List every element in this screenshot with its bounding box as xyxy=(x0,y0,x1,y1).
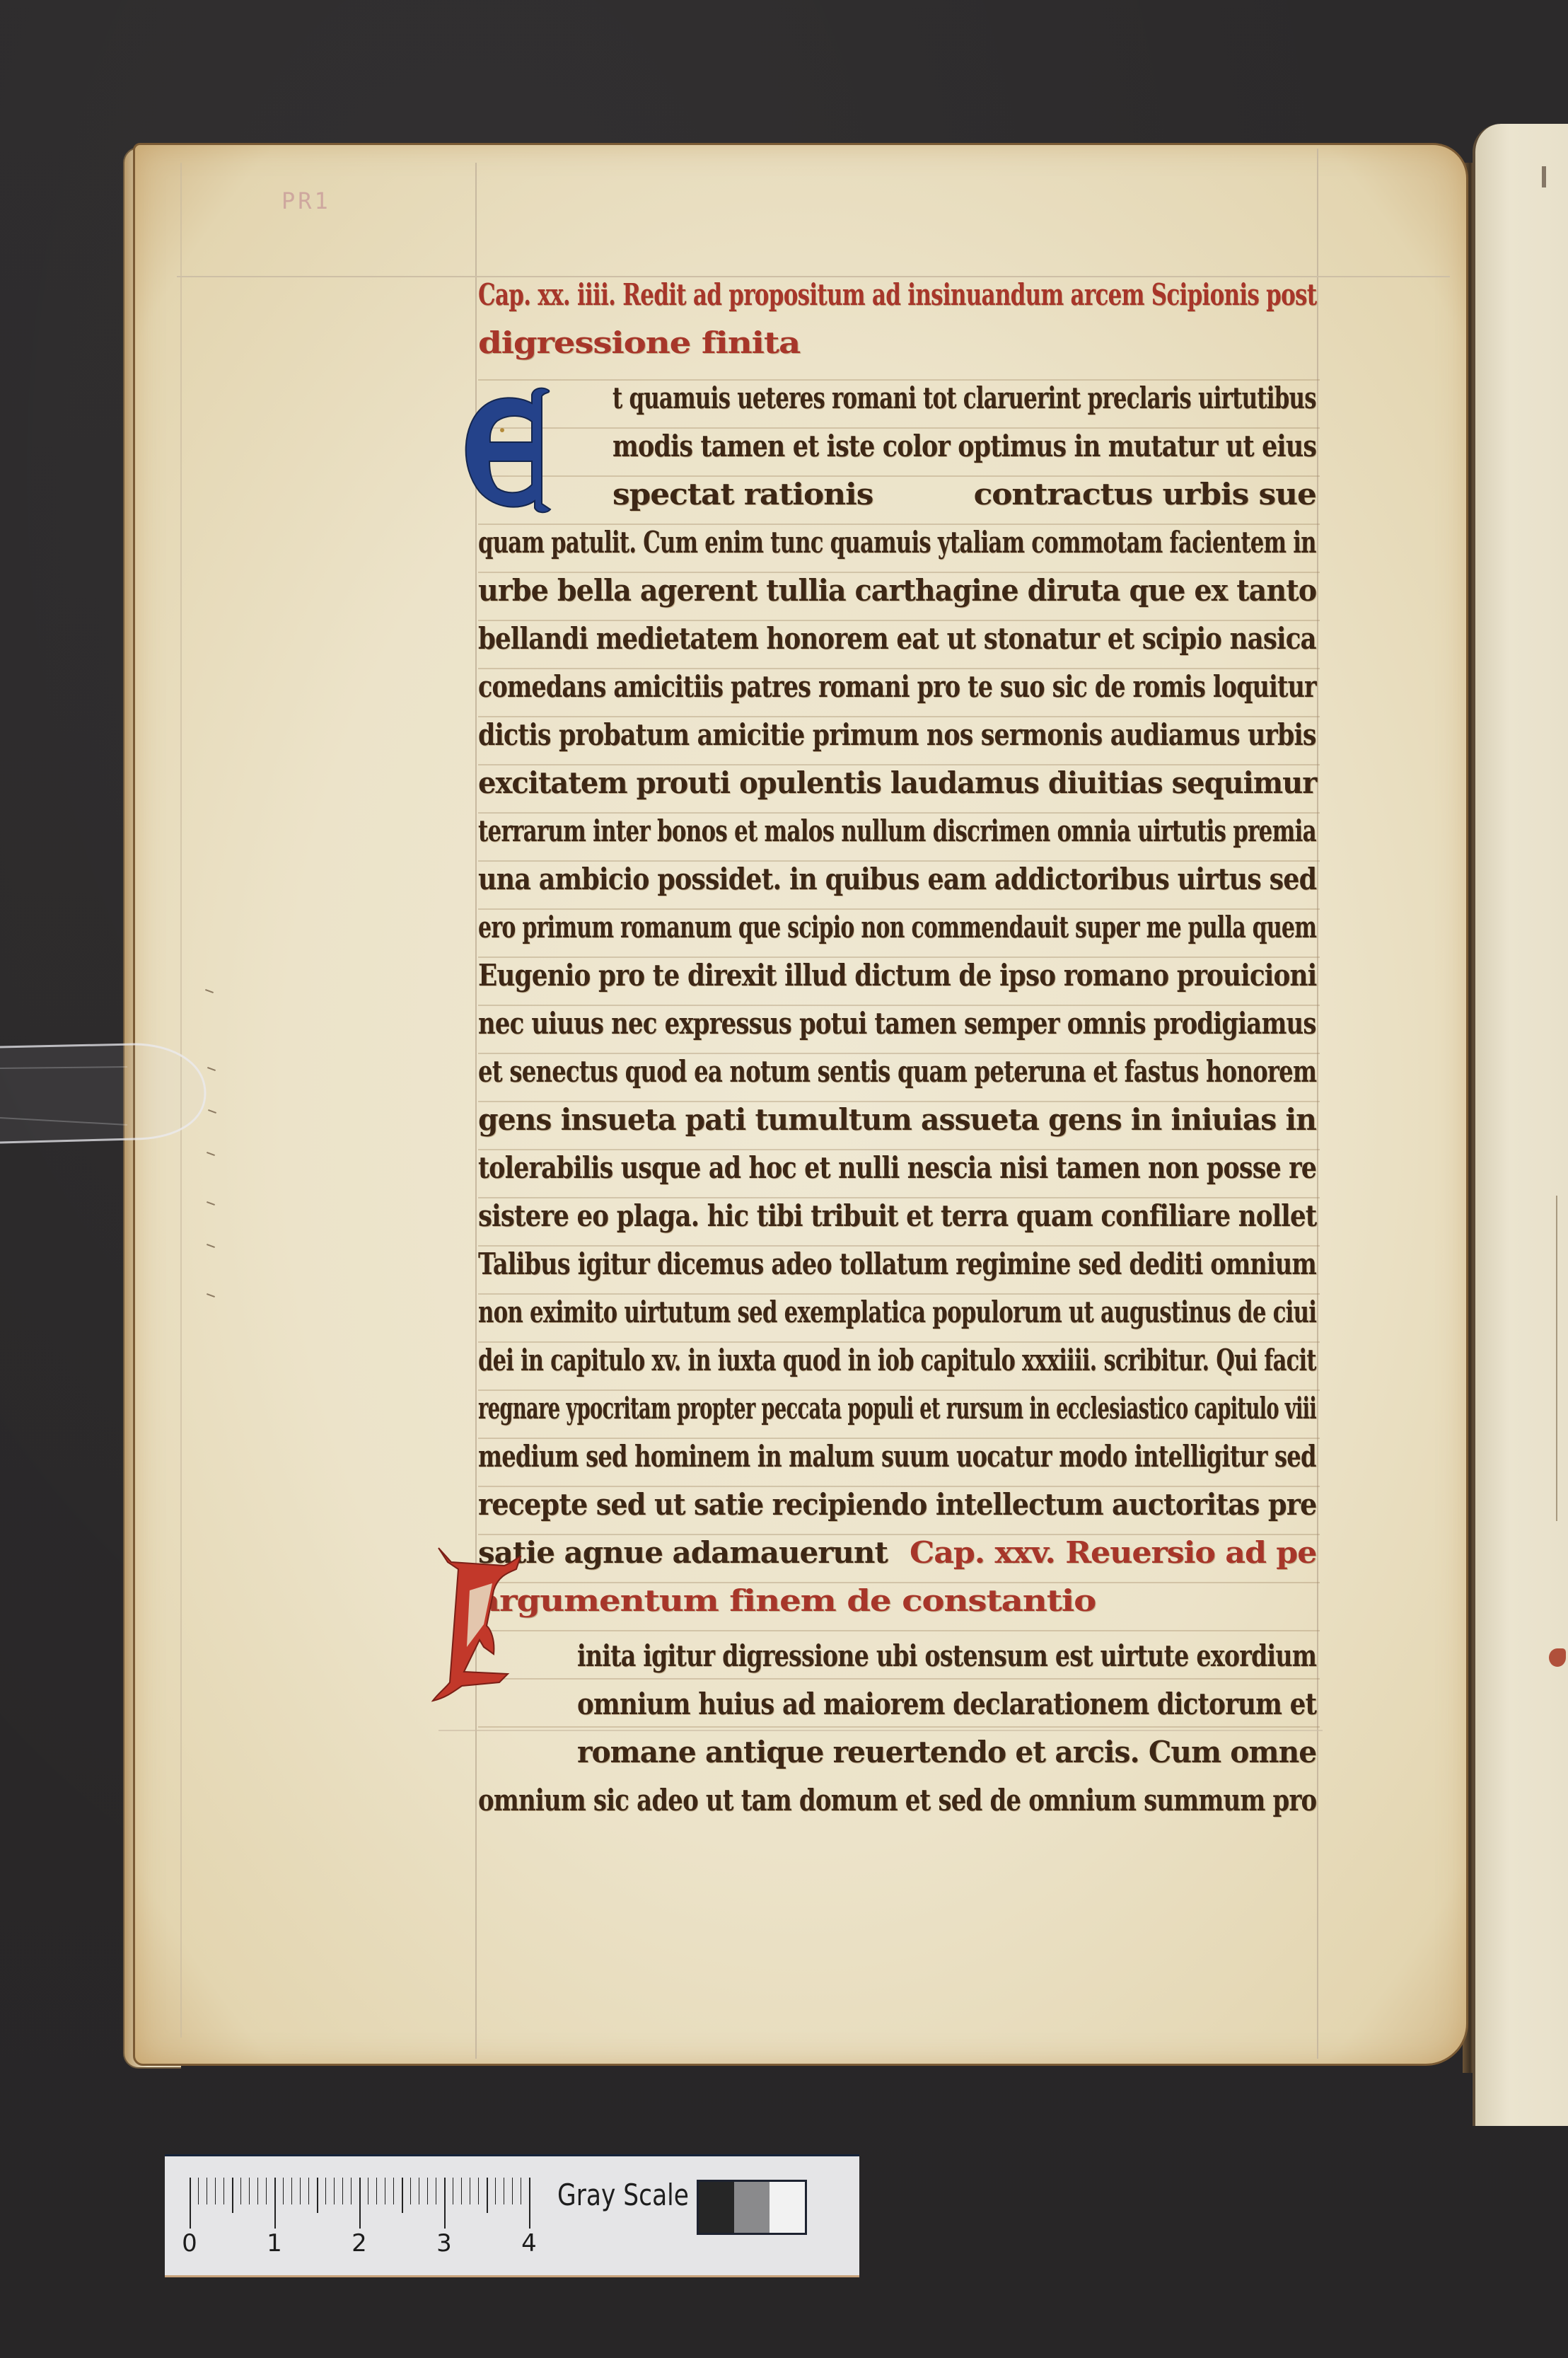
folio-number: PR1 xyxy=(281,187,331,214)
ruler-ticks xyxy=(190,2178,536,2234)
text-line: non eximito uirtutum sed exemplatica pop… xyxy=(478,1295,1316,1343)
rubric-chapter-25-line-1: Cap. xxv. Reuersio ad pe xyxy=(910,1535,1316,1583)
text-line: Eugenio pro te direxit illud dictum de i… xyxy=(478,958,1316,1006)
right-margin-rule xyxy=(1317,149,1318,2059)
text-line: bellandi medietatem honorem eat ut stona… xyxy=(478,621,1316,669)
page-holder-clip xyxy=(0,1019,212,1167)
text-line: t quamuis ueteres romani tot claruerint … xyxy=(612,381,1316,429)
text-line: una ambicio possidet. in quibus eam addi… xyxy=(478,862,1316,910)
text-line: omnium huius ad maiorem declarationem di… xyxy=(577,1687,1316,1735)
text-line: regnare ypocritam propter peccata populi… xyxy=(478,1391,1316,1439)
text-line: comedans amicitiis patres romani pro te … xyxy=(478,669,1316,717)
ruler-label-0: 0 xyxy=(182,2229,197,2258)
text-line: romane antique reuertendo et arcis. Cum … xyxy=(577,1735,1316,1783)
facing-page-text-edge xyxy=(1556,1196,1568,1521)
text-line: gens insueta pati tumultum assueta gens … xyxy=(478,1102,1316,1150)
decorated-initial-e xyxy=(458,382,571,516)
swatch-black xyxy=(699,2182,734,2233)
gray-scale-label: Gray Scale xyxy=(557,2178,689,2212)
text-line: spectat rationis contractus urbis sue xyxy=(612,477,1316,525)
decorated-initial-f xyxy=(430,1541,529,1704)
text-line: omnium sic adeo ut tam domum et sed de o… xyxy=(478,1783,1316,1831)
text-line: satie agnue adamauerunt xyxy=(478,1535,917,1583)
text-line: tolerabilis usque ad hoc et nulli nescia… xyxy=(478,1150,1316,1198)
ruler-label-1: 1 xyxy=(267,2229,282,2258)
text-line: terrarum inter bonos et malos nullum dis… xyxy=(478,814,1316,862)
rubric-chapter-25-line-2: argumentum finem de constantio xyxy=(478,1583,1096,1631)
text-line: nec uiuus nec expressus potui tamen semp… xyxy=(478,1006,1316,1054)
text-line: excitatem prouti opulentis laudamus diui… xyxy=(478,765,1316,814)
facing-page-red-initial xyxy=(1549,1648,1566,1667)
rubric-heading-line-2: digressione finita xyxy=(478,325,800,374)
facing-page-mark xyxy=(1542,166,1546,187)
text-line: dei in capitulo xv. in iuxta quod in iob… xyxy=(478,1343,1316,1391)
text-line: dictis probatum amicitie primum nos serm… xyxy=(478,717,1316,765)
text-line: inita igitur digressione ubi ostensum es… xyxy=(577,1639,1316,1687)
swatch-white xyxy=(770,2182,805,2233)
facing-page xyxy=(1473,124,1568,2126)
gray-scale-swatches xyxy=(697,2180,807,2235)
ruler-label-3: 3 xyxy=(436,2229,452,2258)
ruler-label-2: 2 xyxy=(352,2229,367,2258)
rubric-heading-line-1: Cap. xx. iiii. Redit ad propositum ad in… xyxy=(478,277,1316,325)
text-line: sistere eo plaga. hic tibi tribuit et te… xyxy=(478,1198,1316,1247)
text-line: modis tamen et iste color optimus in mut… xyxy=(612,429,1316,477)
swatch-gray xyxy=(734,2182,770,2233)
text-line: quam patulit. Cum enim tunc quamuis ytal… xyxy=(478,525,1316,573)
text-line: ero primum romanum que scipio non commen… xyxy=(478,910,1316,958)
text-line: et senectus quod ea notum sentis quam pe… xyxy=(478,1054,1316,1102)
ruler-label-4: 4 xyxy=(521,2229,537,2258)
scale-reference-card: 0 1 2 3 4 Gray Scale xyxy=(165,2154,859,2277)
text-line: urbe bella agerent tullia carthagine dir… xyxy=(478,573,1316,621)
text-line: Talibus igitur dicemus adeo tollatum reg… xyxy=(478,1247,1316,1295)
text-line: medium sed hominem in malum suum uocatur… xyxy=(478,1439,1316,1487)
text-line: recepte sed ut satie recipiendo intellec… xyxy=(478,1487,1316,1535)
